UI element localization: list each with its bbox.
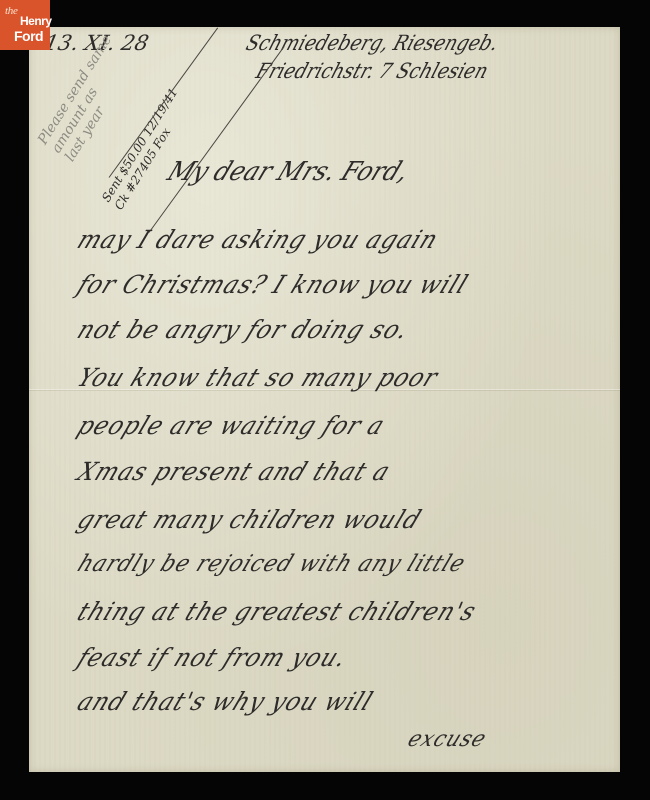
body-line-4: You know that so many poor	[73, 363, 443, 392]
payment-annotation: Sent $50.00 12/19/41 Ck #27405 Fox	[99, 86, 194, 213]
logo-text-ford: Ford	[14, 28, 43, 44]
body-line-8: hardly be rejoiced with any little	[74, 551, 470, 577]
logo-text-henry: Henry	[20, 14, 52, 28]
body-line-1: may I dare asking you again	[73, 225, 443, 254]
body-line-12: excuse	[404, 727, 491, 752]
body-line-2: for Christmas? I know you will	[73, 270, 473, 299]
body-line-7: great many children would	[73, 505, 426, 534]
logo-text-the: the	[5, 5, 18, 17]
salutation: My dear Mrs. Ford,	[163, 157, 414, 187]
body-line-6: Xmas present and that a	[73, 457, 395, 486]
sender-address-line1: Schmiedeberg, Riesengeb.	[243, 31, 502, 55]
body-line-11: and that's why you will	[73, 687, 378, 716]
letter-page: 13. XI. 28 Schmiedeberg, Riesengeb. Frie…	[29, 27, 620, 772]
the-henry-ford-logo: the Henry Ford	[0, 0, 50, 50]
sender-address-line2: Friedrichstr. 7 Schlesien	[253, 59, 491, 83]
body-line-3: not be angry for doing so.	[73, 315, 414, 344]
body-line-9: thing at the greatest children's	[73, 597, 481, 626]
body-line-10: feast if not from you.	[73, 643, 352, 672]
body-line-5: people are waiting for a	[73, 411, 389, 440]
